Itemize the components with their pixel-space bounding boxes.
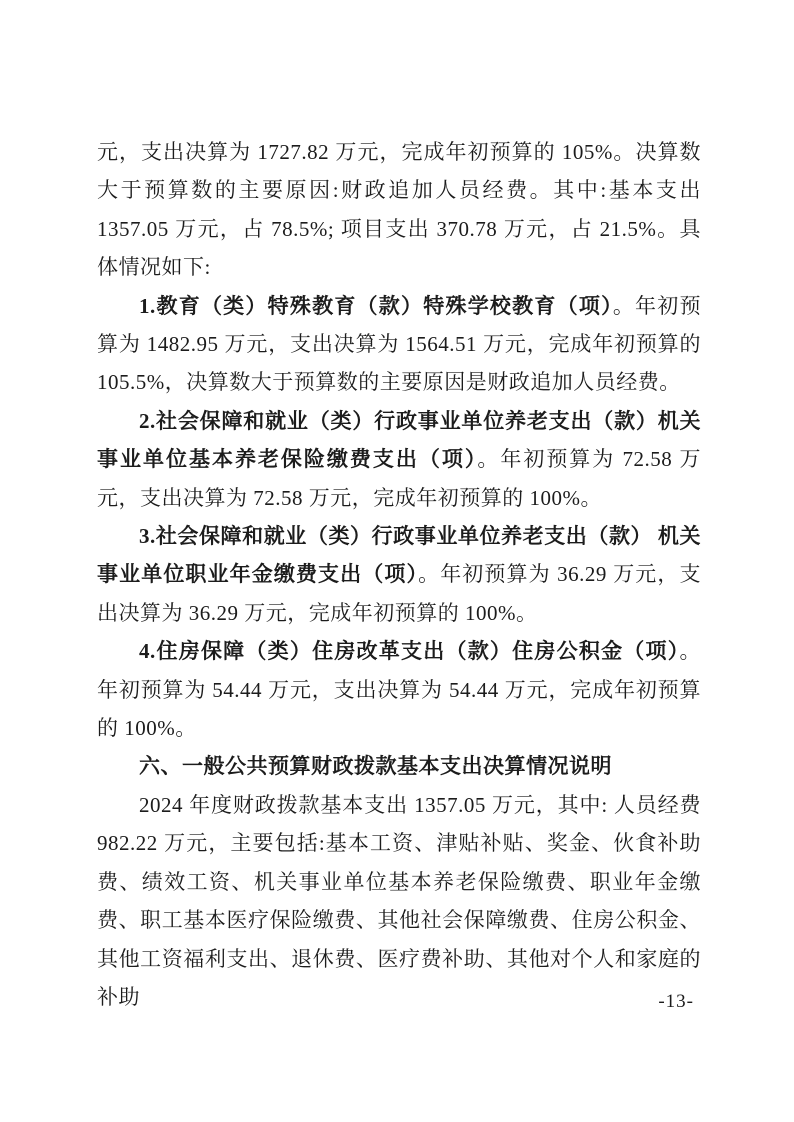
page-content: 元，支出决算为 1727.82 万元，完成年初预算的 105%。决算数大于预算数…	[97, 133, 701, 1016]
budget-item-4-title: 4.住房保障（类）住房改革支出（款）住房公积金（项）	[139, 639, 680, 663]
budget-item-4: 4.住房保障（类）住房改革支出（款）住房公积金（项）。年初预算为 54.44 万…	[97, 632, 701, 747]
page-number: -13-	[658, 988, 694, 1016]
document-page: 元，支出决算为 1727.82 万元，完成年初预算的 105%。决算数大于预算数…	[0, 0, 794, 1122]
budget-item-1: 1.教育（类）特殊教育（款）特殊学校教育（项）。年初预算为 1482.95 万元…	[97, 287, 701, 402]
budget-item-1-title: 1.教育（类）特殊教育（款）特殊学校教育（项）	[139, 294, 613, 318]
section-heading: 六、一般公共预算财政拨款基本支出决算情况说明	[97, 748, 701, 786]
budget-item-2: 2.社会保障和就业（类）行政事业单位养老支出（款）机关事业单位基本养老保险缴费支…	[97, 402, 701, 517]
intro-paragraph: 元，支出决算为 1727.82 万元，完成年初预算的 105%。决算数大于预算数…	[97, 133, 701, 287]
basic-expenditure-paragraph: 2024 年度财政拨款基本支出 1357.05 万元，其中: 人员经费 982.…	[97, 786, 701, 1016]
budget-item-3: 3.社会保障和就业（类）行政事业单位养老支出（款） 机关事业单位职业年金缴费支出…	[97, 517, 701, 632]
